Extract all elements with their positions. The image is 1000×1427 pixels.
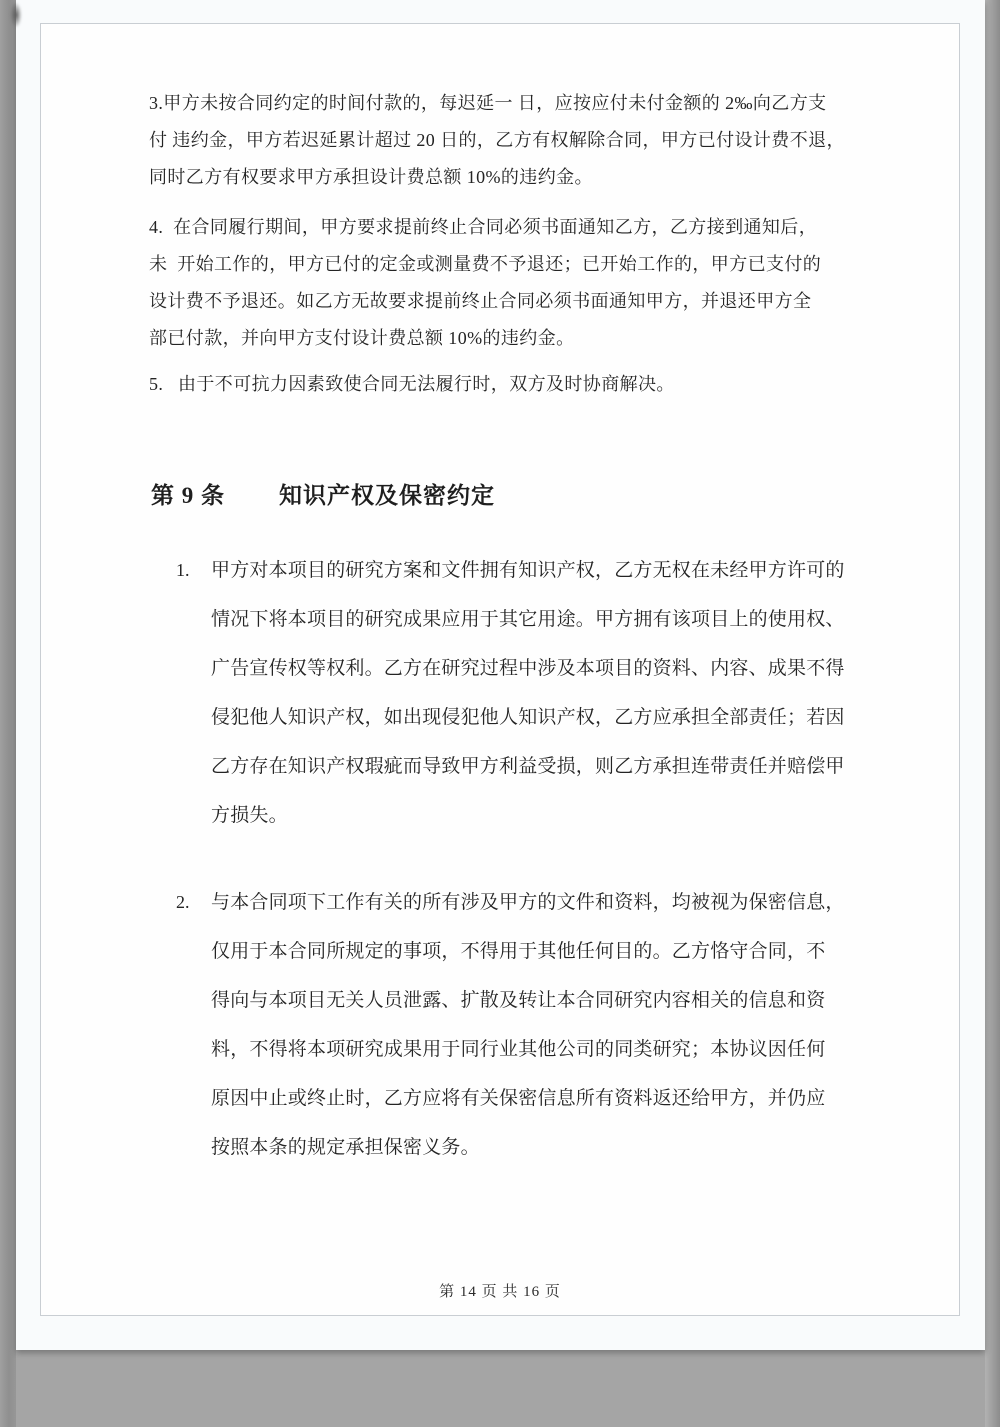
clause-line: 4. 在合同履行期间，甲方要求提前终止合同必须书面通知乙方，乙方接到通知后，	[149, 209, 865, 246]
section-title: 知识产权及保密约定	[279, 483, 495, 508]
scan-corner-shadow-icon	[10, 2, 22, 28]
clause-line: 付 违约金，甲方若迟延累计超过 20 日的，乙方有权解除合同，甲方已付设计费不退…	[149, 122, 865, 159]
item-line: 仅用于本合同所规定的事项，不得用于其他任何目的。乙方恪守合同，不	[211, 927, 861, 976]
clause-paragraph-4: 4. 在合同履行期间，甲方要求提前终止合同必须书面通知乙方，乙方接到通知后， 未…	[149, 209, 865, 357]
clause-line: 3.甲方未按合同约定的时间付款的，每迟延一 日，应按应付未付金额的 2‰向乙方支	[149, 85, 865, 122]
item-line: 方损失。	[211, 791, 861, 840]
section-number: 第 9 条	[151, 483, 225, 508]
clause-line: 未 开始工作的，甲方已付的定金或测量费不予退还；已开始工作的，甲方已支付的	[149, 246, 865, 283]
clause-line: 同时乙方有权要求甲方承担设计费总额 10%的违约金。	[149, 159, 865, 196]
clause-line: 设计费不予退还。如乙方无故要求提前终止合同必须书面通知甲方，并退还甲方全	[149, 283, 865, 320]
clause-line: 部已付款，并向甲方支付设计费总额 10%的违约金。	[149, 320, 865, 357]
document-viewer: 3.甲方未按合同约定的时间付款的，每迟延一 日，应按应付未付金额的 2‰向乙方支…	[0, 0, 1000, 1427]
item-line: 得向与本项目无关人员泄露、扩散及转让本合同研究内容相关的信息和资	[211, 976, 861, 1025]
item-line: 广告宣传权等权利。乙方在研究过程中涉及本项目的资料、内容、成果不得	[211, 644, 861, 693]
item-marker: 1.	[176, 546, 190, 595]
item-text: 与本合同项下工作有关的所有涉及甲方的文件和资料，均被视为保密信息， 仅用于本合同…	[211, 878, 861, 1172]
item-line: 侵犯他人知识产权，如出现侵犯他人知识产权，乙方应承担全部责任；若因	[211, 693, 861, 742]
viewer-left-edge	[0, 0, 16, 1427]
contract-page: 3.甲方未按合同约定的时间付款的，每迟延一 日，应按应付未付金额的 2‰向乙方支…	[40, 23, 960, 1316]
item-line: 按照本条的规定承担保密义务。	[211, 1123, 861, 1172]
item-marker: 2.	[176, 878, 190, 927]
clause-paragraph-5: 5. 由于不可抗力因素致使合同无法履行时，双方及时协商解决。	[149, 366, 865, 403]
scanned-sheet: 3.甲方未按合同约定的时间付款的，每迟延一 日，应按应付未付金额的 2‰向乙方支…	[16, 0, 985, 1350]
clause-line: 5. 由于不可抗力因素致使合同无法履行时，双方及时协商解决。	[149, 366, 865, 403]
viewer-right-edge	[985, 0, 1000, 1427]
item-line: 乙方存在知识产权瑕疵而导致甲方利益受损，则乙方承担连带责任并赔偿甲	[211, 742, 861, 791]
page-footer: 第 14 页 共 16 页	[41, 1280, 959, 1301]
clause-paragraph-3: 3.甲方未按合同约定的时间付款的，每迟延一 日，应按应付未付金额的 2‰向乙方支…	[149, 85, 865, 196]
item-line: 情况下将本项目的研究成果应用于其它用途。甲方拥有该项目上的使用权、	[211, 595, 861, 644]
section-heading: 第 9 条知识产权及保密约定	[151, 477, 495, 510]
item-line: 原因中止或终止时，乙方应将有关保密信息所有资料返还给甲方，并仍应	[211, 1074, 861, 1123]
item-line: 料，不得将本项研究成果用于同行业其他公司的同类研究；本协议因任何	[211, 1025, 861, 1074]
item-text: 甲方对本项目的研究方案和文件拥有知识产权，乙方无权在未经甲方许可的 情况下将本项…	[211, 546, 861, 840]
item-line: 甲方对本项目的研究方案和文件拥有知识产权，乙方无权在未经甲方许可的	[211, 546, 861, 595]
item-line: 与本合同项下工作有关的所有涉及甲方的文件和资料，均被视为保密信息，	[211, 878, 861, 927]
